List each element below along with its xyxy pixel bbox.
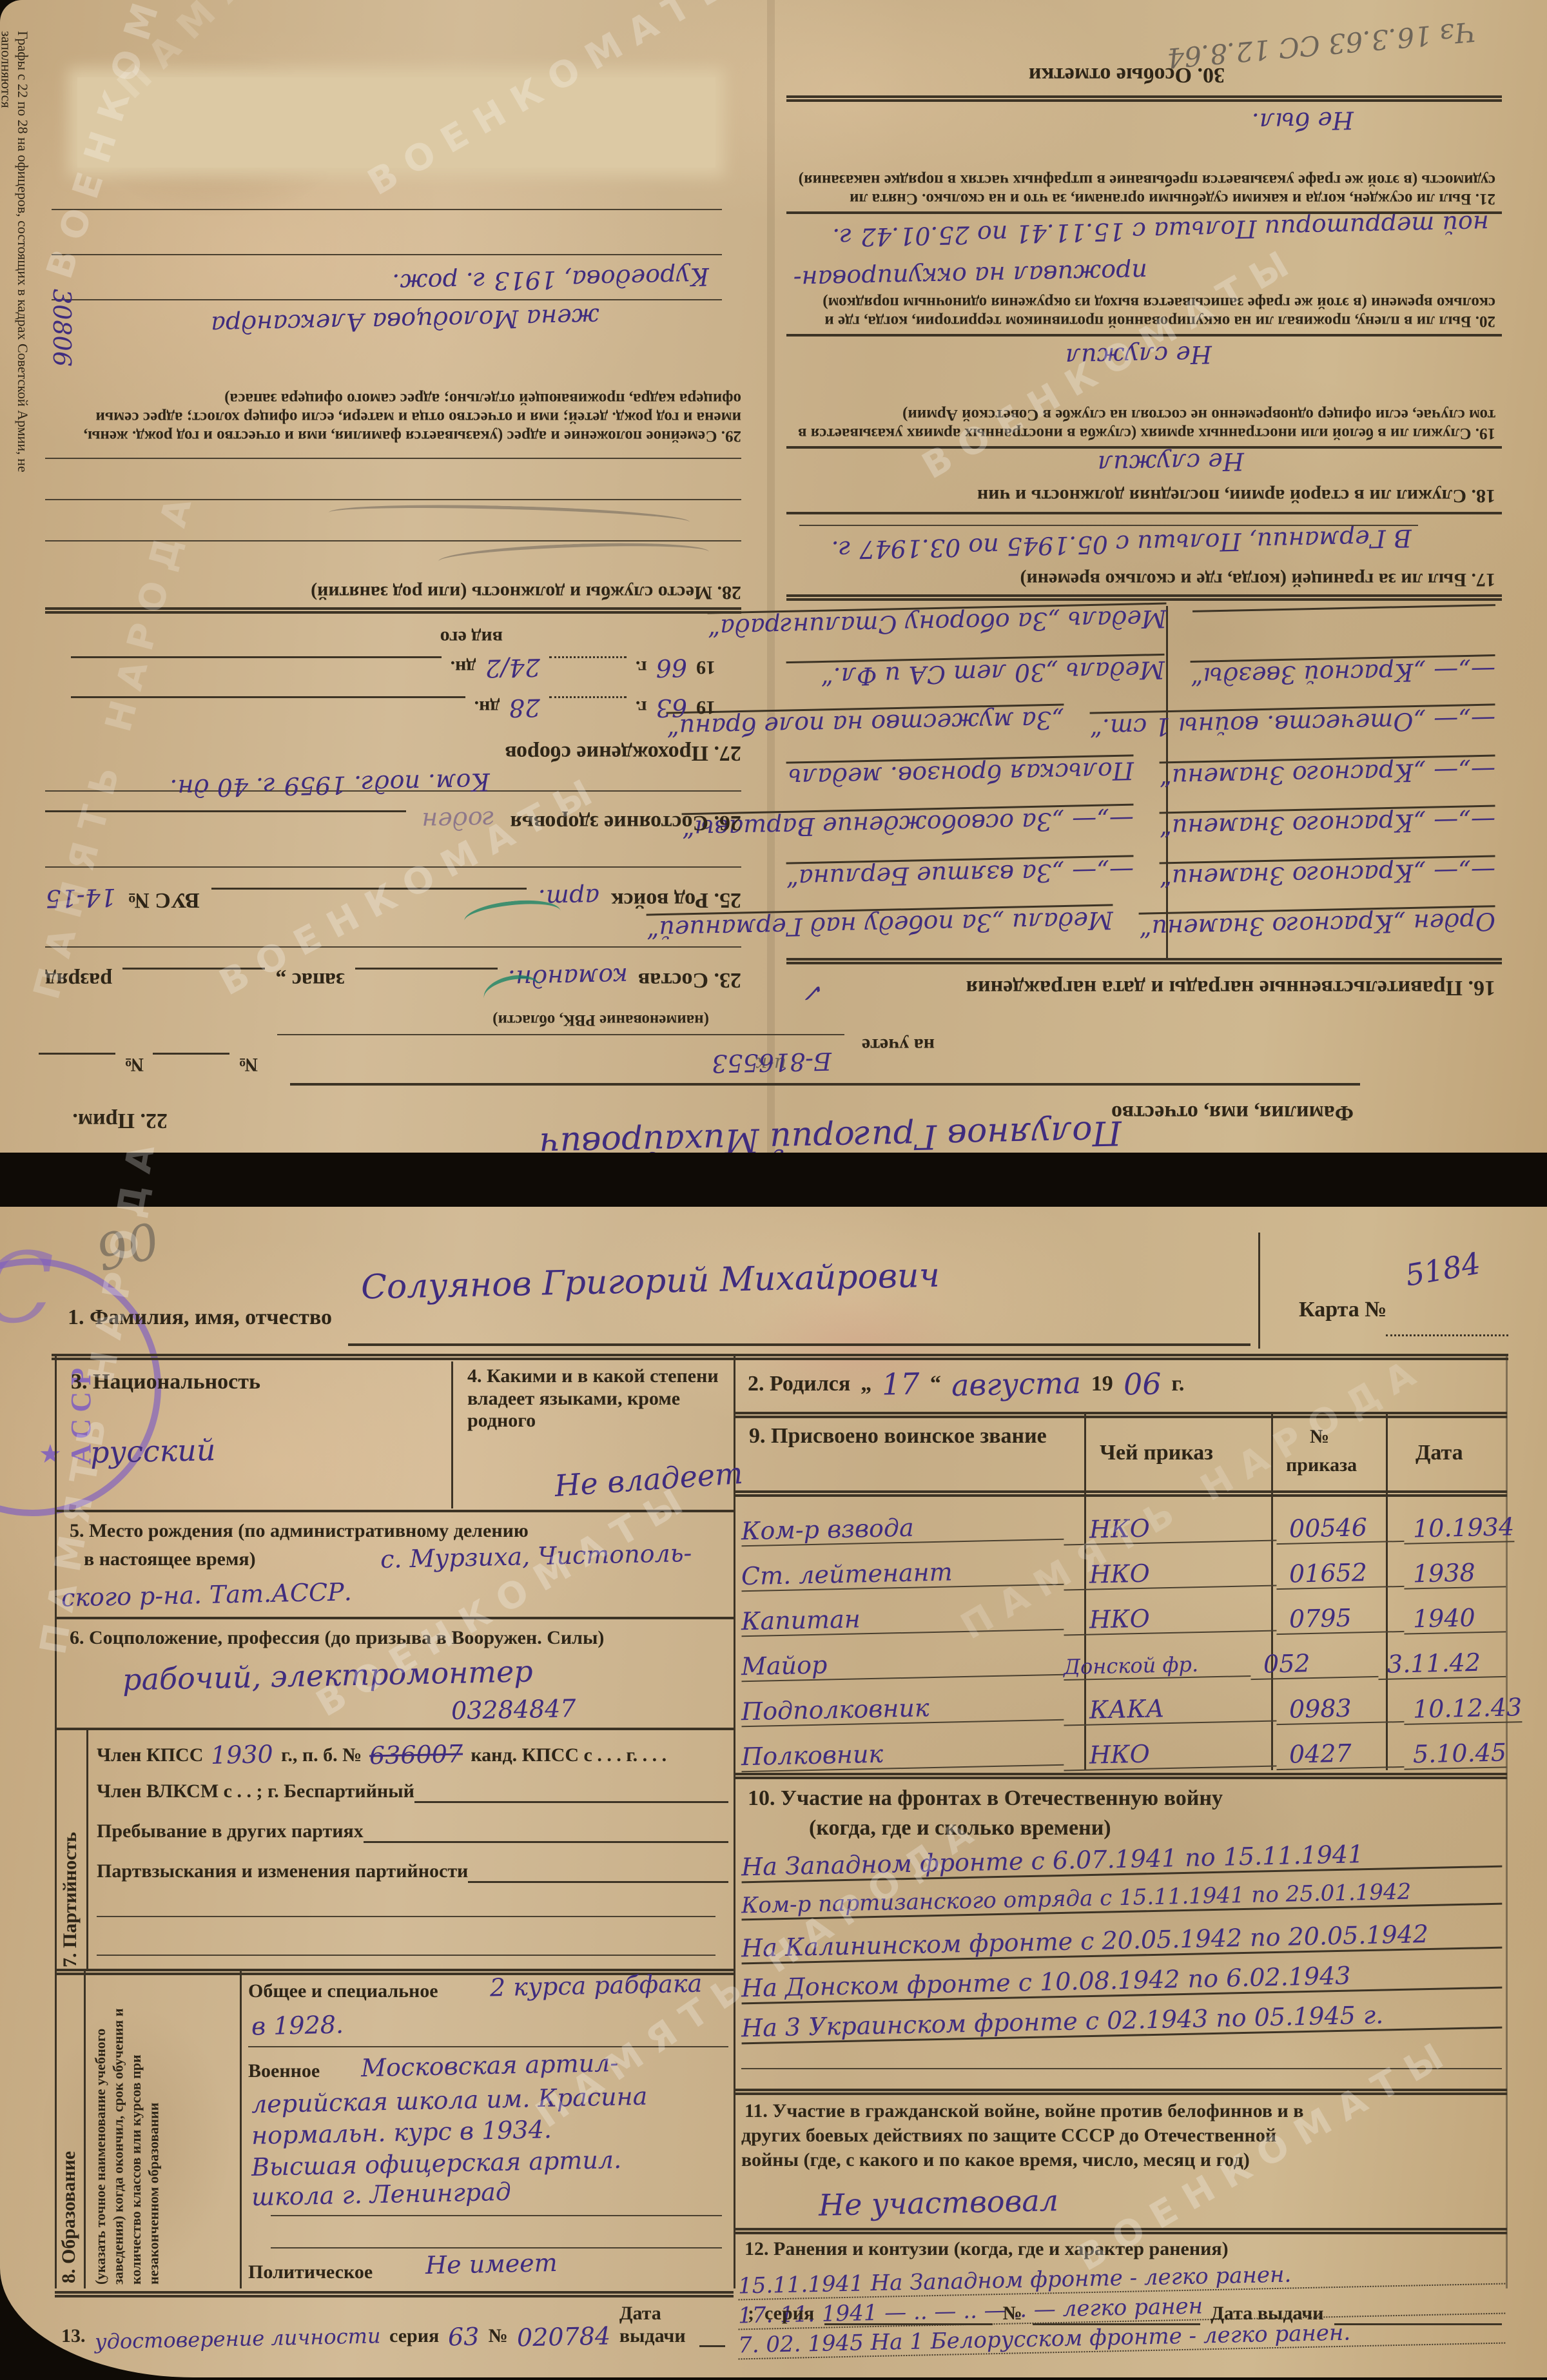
rule	[786, 446, 1502, 449]
s8-military-value-2: лерийская школа им. Красина	[251, 2082, 648, 2119]
divider	[86, 1728, 88, 1969]
year-suffix: г.	[636, 656, 647, 679]
s8-political-value: Не имеет	[425, 2248, 558, 2279]
award-entry	[1192, 604, 1495, 612]
rank-table-body: Ком-р взводаНКО0054610.1934 Ст. лейтенан…	[741, 1498, 1506, 1769]
order-number: 0795	[1276, 1603, 1405, 1635]
kpss-crossed-number: 636007	[369, 1739, 463, 1770]
rule	[786, 99, 1502, 102]
num-sign: №	[238, 1053, 258, 1076]
rank: Майор	[741, 1646, 1064, 1682]
s5-label-1: 5. Место рождения (по административному …	[70, 1520, 529, 1543]
rule	[248, 2046, 728, 2047]
separator: ;	[748, 2303, 754, 2325]
order-authority: Донской фр.	[1064, 1651, 1251, 1681]
s6-value: рабочий, электромонтер	[122, 1653, 534, 1697]
order-date: 10.1934	[1404, 1512, 1515, 1545]
date-label: Дата выдачи	[1211, 2303, 1323, 2325]
s8-military-value-3: нормальн. курс в 1934.	[251, 2115, 552, 2150]
s8-political-label: Политическое	[248, 2261, 373, 2284]
rule	[55, 1510, 734, 1512]
s23-zapas: запас „	[275, 968, 344, 993]
num-sign: №	[1003, 2303, 1022, 2325]
s8-general-value-1: 2 курса рабфака	[490, 1969, 703, 2002]
s25-vus-label: ВУС №	[128, 888, 200, 913]
s27-row-2: 19 66 г. 24/2 дн.	[71, 656, 715, 682]
rule	[45, 540, 741, 541]
stamp-star-icon: ★	[39, 1439, 62, 1469]
rule	[786, 334, 1502, 337]
s6-label: 6. Соцположение, профессия (до призыва в…	[70, 1627, 604, 1650]
blank-line	[414, 1791, 728, 1803]
rule	[55, 1728, 734, 1730]
year-value: 63	[656, 693, 687, 722]
rank: Ст. лейтенант	[741, 1556, 1064, 1592]
karta-value: 5184	[1403, 1245, 1483, 1293]
rule	[734, 1773, 1507, 1775]
order-number: 00546	[1276, 1512, 1405, 1545]
s9-col2-header: Чей приказ	[1100, 1440, 1213, 1465]
kpss-label: Член КПСС	[97, 1744, 203, 1767]
s28-label: 28. Место службы и должность (или род за…	[45, 581, 741, 604]
s18-answer: Не служил	[1097, 447, 1244, 479]
card-front: АССР ★ С 90 1. Фамилия, имя, отчество Со…	[0, 1207, 1547, 2377]
s8-side-hint: (указать точное наименование учебного за…	[92, 1975, 235, 2285]
s3-label: 3. Национальность	[71, 1369, 260, 1394]
s8-general-label: Общее и специальное	[248, 1980, 438, 2003]
blank-line	[97, 1955, 715, 1956]
dotted-line	[549, 696, 627, 708]
s27-row-1: 19 63 г. 28 дн.	[71, 696, 715, 722]
s2-month: августа	[951, 1365, 1081, 1403]
s21-answer: Не был.	[1251, 106, 1354, 136]
rvk-hint: (наименование РВК, области)	[492, 1010, 709, 1029]
s26-row: 26. Состояние здоровья годен	[45, 810, 741, 835]
s1-label: 1. Фамилия, имя, отчество	[68, 1305, 332, 1330]
s29-label: 29. Семейное положение и адрес (указывае…	[45, 389, 741, 445]
awards-list: Орден „Красного Знамени“Медали „За побед…	[786, 607, 1495, 959]
rule	[52, 254, 722, 255]
s2-year-prefix: 19	[1091, 1371, 1113, 1396]
table-row: ПолковникНКО04275.10.45	[741, 1724, 1506, 1769]
table-row: МайорДонской фр.0523.11.42	[741, 1634, 1506, 1679]
rule	[786, 962, 1502, 964]
kpss-kand: канд. КПСС с . . . г. . . .	[471, 1744, 666, 1767]
rank: Полковник	[741, 1736, 1064, 1772]
table-row: Ст. лейтенантНКО016521938	[741, 1543, 1506, 1588]
frame-right	[1506, 1354, 1508, 2288]
num-sign: №	[124, 1053, 144, 1076]
divider	[451, 1361, 453, 1508]
order-date: 1938	[1404, 1557, 1506, 1589]
rule	[786, 598, 1502, 601]
s13-number: 13.	[61, 2325, 86, 2348]
rule	[799, 525, 1418, 526]
s27-vid-label: вид его	[440, 627, 503, 649]
s8-military-label: Военное	[248, 2060, 320, 2083]
rule	[348, 1343, 1250, 1346]
s11-label-1: 11. Участие в гражданской войне, войне п…	[744, 2100, 1304, 2123]
rule	[52, 1354, 1508, 1356]
award-entry: —„— „Красного Знамени“	[1159, 805, 1495, 843]
s29-answer-2: Куроедова, 1913 г. рож.	[392, 262, 709, 297]
doc-number-value: 020784	[516, 2321, 610, 2352]
s2-row: 2. Родился „ 17 “ августа 19 06 г.	[748, 1367, 1502, 1396]
back-name-value: Полуянов Григорий Михайрович	[539, 1113, 1122, 1153]
award-entry: Польская бронзов. медаль	[786, 754, 1134, 792]
dotted-line	[549, 656, 627, 668]
reg-number: Б-816553	[712, 1047, 832, 1078]
blank-line	[1334, 2313, 1502, 2325]
s11-answer: Не участвовал	[818, 2183, 1058, 2223]
award-entry: —„— „Отечеств. войны 1 ст.“	[1089, 703, 1495, 742]
s13-hand-note: удостоверение личности	[94, 2323, 380, 2354]
s26-value: годен	[421, 806, 495, 835]
s8-general-value-2: в 1928.	[251, 2011, 344, 2041]
rule	[45, 499, 741, 500]
rule	[734, 2228, 1507, 2230]
blank-line	[364, 1831, 728, 1843]
year-prefix: 19	[696, 696, 715, 719]
rule	[734, 2089, 1507, 2091]
blank-line	[468, 1871, 728, 1883]
award-entry: —„— „За взятие Берлина“	[786, 855, 1134, 892]
rule	[734, 1412, 1507, 1414]
rule	[55, 1617, 734, 1619]
s12-label: 12. Ранения и контузии (когда, где и хар…	[744, 2238, 1229, 2261]
rule	[45, 611, 741, 614]
s7-line-4: Партвзыскания и изменения партийности	[97, 1860, 728, 1883]
order-number: 052	[1250, 1648, 1379, 1680]
s4-label: 4. Какими и в какой степени владеет язык…	[467, 1365, 725, 1432]
s13-row-right: ; серия № Дата выдачи	[748, 2303, 1502, 2325]
s26-label: 26. Состояние здоровья	[511, 810, 741, 835]
quote: “	[930, 1371, 941, 1396]
blank-line	[153, 1053, 229, 1066]
award-entry: —„— „Красного Знамени“	[1159, 855, 1495, 893]
card-back-rotated-content: Фамилия, имя, отчество Полуянов Григорий…	[0, 0, 1547, 1153]
rule	[55, 2291, 734, 2294]
dotted-line	[1386, 1333, 1508, 1336]
kpss-year: 1930	[211, 1740, 274, 1770]
rank: Подполковник	[741, 1691, 1064, 1727]
card-back: Фамилия, имя, отчество Полуянов Григорий…	[0, 0, 1547, 1153]
karta-label: Карта №	[1299, 1297, 1386, 1322]
s2-year: 06	[1123, 1366, 1162, 1401]
s6-extra: 03284847	[451, 1694, 576, 1725]
s27-label: 27. Прохождение сборов	[505, 741, 741, 766]
s9-col3-header-a: №	[1310, 1426, 1329, 1448]
order-authority: НКО	[1064, 1602, 1277, 1636]
redacted-area	[77, 77, 715, 168]
order-date: 3.11.42	[1378, 1648, 1506, 1680]
award-entry: „За мужество на поле брани“	[666, 704, 1064, 743]
divider	[84, 1969, 86, 2288]
s19-label: 19. Служил ли в белой или иностранных ар…	[786, 405, 1495, 443]
blank-line	[824, 2313, 992, 2325]
s29-answer-1: жена Молодцова Александра	[211, 303, 600, 340]
frame-center	[734, 1354, 735, 2288]
date-label: Дата выдачи	[619, 2303, 690, 2347]
blank-line	[741, 2068, 1502, 2069]
rule	[45, 458, 741, 459]
rule	[734, 1490, 1507, 1493]
days-value: 24/2	[485, 653, 540, 683]
s17-answer: В Германии, Польши с 05.1945 по 03.1947 …	[831, 524, 1412, 565]
award-entry: —„— „За освобождение Варшавы“	[681, 804, 1134, 844]
rule	[45, 946, 741, 948]
on-record-label: на учете	[862, 1034, 935, 1057]
quote: „	[861, 1371, 871, 1396]
seriya-label: серия	[389, 2325, 439, 2348]
edge-scribble: С	[0, 1232, 56, 1345]
blank-line	[1033, 2313, 1200, 2325]
s17-label: 17. Был ли за границей (когда, где и ско…	[786, 569, 1495, 591]
num-sign: №	[489, 2325, 508, 2348]
purple-number-vertical: 30806	[48, 289, 76, 431]
blank-line	[122, 968, 265, 980]
order-number: 0983	[1276, 1693, 1405, 1725]
year-value: 66	[656, 653, 687, 682]
s2-label: 2. Родился	[748, 1371, 850, 1396]
s7-line-1: Член КПСС 1930 г., п. б. № 636007 канд. …	[97, 1741, 728, 1766]
seriya-value: 63	[448, 2322, 480, 2351]
s7-side-label: 7. Партийность	[59, 1735, 82, 1967]
pencil-scribble	[438, 540, 709, 574]
s8-side-label: 8. Образование	[58, 1980, 81, 2283]
s5-value-1: с. Мурзиха, Чистополь-	[380, 1539, 692, 1574]
awards-title: 16. Правительственные награды и дата наг…	[786, 975, 1495, 1000]
prim-number-row: № №	[39, 1053, 258, 1076]
s20-answer-1: проживал на оккупирован-	[793, 258, 1147, 293]
pencil-scribble	[329, 502, 690, 534]
rule	[277, 1034, 844, 1035]
blank-line	[45, 810, 406, 823]
corner-pencil-note: 90	[91, 1212, 165, 1283]
s9-col4-header: Дата	[1416, 1440, 1463, 1465]
order-authority: НКО	[1064, 1557, 1277, 1591]
scanned-military-record: { "colors": { "paper": "#cdb58e", "print…	[0, 0, 1547, 2380]
fold-shadow	[767, 0, 775, 1153]
s13-row: 13. удостоверение личности серия 63 № 02…	[61, 2303, 725, 2347]
s2-year-suffix: г.	[1171, 1371, 1184, 1396]
s2-day: 17	[882, 1366, 920, 1401]
s23-row: 23. Состав командн. запас „ разряд	[45, 968, 741, 993]
s7-line-3: Пребывание в других партиях	[97, 1820, 728, 1843]
s20-answer-2: ной территории Польша с 15.11.41 по 25.0…	[832, 210, 1489, 251]
s25-vus-value: 14-15	[45, 883, 116, 913]
s9-col1-header: 9. Присвоено воинское звание	[749, 1423, 1058, 1448]
s30-pencil-note: Чз 16.3.63 СС 12.8.64	[1165, 15, 1477, 74]
rank: Капитан	[741, 1601, 1064, 1637]
rule	[52, 209, 722, 210]
order-date: 1940	[1404, 1603, 1506, 1634]
days-suffix: дн.	[451, 656, 476, 679]
order-authority: НКО	[1064, 1737, 1277, 1771]
blank-line	[71, 696, 465, 708]
blank-line	[355, 968, 498, 980]
order-authority: НКО	[1064, 1512, 1277, 1546]
year-suffix: г.	[636, 696, 647, 719]
order-date: 5.10.45	[1404, 1738, 1507, 1770]
s4-value: Не владеет	[553, 1456, 744, 1503]
days-value: 28	[509, 693, 540, 722]
kpss-mid: г., п. б. №	[281, 1744, 362, 1767]
s27-value: Ком. подг. 1959 г. 40 дн.	[170, 768, 490, 803]
s23-label: 23. Состав	[638, 968, 741, 993]
s1-value: Солуянов Григорий Михайрович	[360, 1256, 940, 1307]
s20-label: 20. Был ли в плену, проживал ли на оккуп…	[786, 293, 1495, 331]
front-entry: На Западном фронте с 6.07.1941 по 15.11.…	[741, 1837, 1503, 1884]
front-entry: На Донском фронте с 10.08.1942 по 6.02.1…	[741, 1958, 1503, 2005]
year-prefix: 19	[696, 656, 715, 679]
order-number: 0427	[1276, 1738, 1405, 1770]
front-entry: На Калининском фронте с 20.05.1942 по 20…	[741, 1918, 1503, 1965]
s21-label: 21. Был ли осужден, когда и какими судеб…	[786, 171, 1495, 208]
blank-line	[39, 1053, 115, 1066]
order-authority: КАКА	[1064, 1692, 1277, 1726]
s23-razryad: разряд	[45, 968, 112, 993]
s8-military-value-4: Высшая офицерская артил.	[251, 2145, 622, 2181]
blank-line	[271, 2215, 722, 2216]
seriya-label: серия	[764, 2303, 814, 2325]
front-entry: На 3 Украинском фронте с 02.1943 по 05.1…	[741, 1998, 1503, 2045]
award-entry: Медаль „30 лет СА и Фл.“	[786, 654, 1165, 692]
rule	[52, 299, 722, 300]
s8-military-value-5: школа г. Ленинград	[251, 2178, 512, 2211]
order-number: 01652	[1276, 1557, 1405, 1590]
s10-label-1: 10. Участие на фронтах в Отечественную в…	[748, 1786, 1223, 1811]
rule	[290, 1083, 1360, 1086]
blank-line	[211, 888, 527, 900]
s18-label: 18. Служил ли в старой армии, последняя …	[786, 485, 1495, 507]
days-suffix: дн.	[474, 696, 500, 719]
awards-check: ✓	[804, 979, 826, 1008]
divider	[240, 1969, 242, 2288]
blank-line	[271, 2247, 722, 2248]
front-entry: Ком-р партизанского отряда с 15.11.1941 …	[741, 1877, 1503, 1921]
s11-label-3: войны (где, с какого и по какое время, ч…	[741, 2149, 1250, 2172]
prim-label: 22. Прим.	[72, 1108, 168, 1133]
vlksm-label: Член ВЛКСМ с . . ; г. Беспартийный	[97, 1780, 414, 1803]
s7-line-2: Член ВЛКСМ с . . ; г. Беспартийный	[97, 1780, 728, 1803]
rule	[786, 512, 1502, 514]
other-parties-label: Пребывание в других партиях	[97, 1820, 364, 1843]
s25-row: 25. Род войск арт. ВУС № 14-15	[45, 888, 741, 913]
award-entry: —„— „Красного Знамени“	[1159, 755, 1495, 792]
blank-line	[97, 1916, 715, 1917]
table-row: ПодполковникКАКА098310.12.43	[741, 1679, 1506, 1724]
back-name-label: Фамилия, имя, отчество	[1111, 1100, 1354, 1126]
award-entry: Медаль „За оборону Сталинграда“	[707, 603, 1167, 643]
award-entry: —„— „Красной Звезды“	[1190, 654, 1495, 691]
divider	[1258, 1233, 1260, 1349]
s9-col3-header-b: приказа	[1286, 1454, 1357, 1477]
s8-military-value-1: Московская артил-	[361, 2049, 619, 2082]
edge-note: Графы с 22 по 28 на офицеров, состоящих …	[0, 31, 31, 547]
rule	[45, 866, 741, 868]
s10-label-2: (когда, где и сколько времени)	[809, 1815, 1111, 1840]
award-entry: Орден „Красного Знамени“	[1139, 905, 1496, 943]
table-row: КапитанНКО07951940	[741, 1588, 1506, 1634]
rank: Ком-р взвода	[741, 1510, 1064, 1546]
rule	[786, 211, 1502, 214]
table-row: Ком-р взводаНКО0054610.1934	[741, 1498, 1506, 1543]
frame-left	[55, 1354, 57, 2288]
blank-line	[71, 656, 442, 668]
s19-answer: Не служил	[1065, 340, 1212, 372]
s5-value-2: ского р-на. Тат.АССР.	[61, 1577, 353, 1612]
s5-label-2: в настоящее время)	[84, 1548, 256, 1571]
s3-value: русский	[90, 1432, 215, 1470]
s11-label-2: других боевых действиях по защите СССР д…	[741, 2125, 1276, 2147]
blank-line	[699, 2335, 725, 2347]
order-date: 10.12.43	[1404, 1693, 1523, 1725]
s25-label: 25. Род войск	[611, 888, 741, 913]
party-penalties-label: Партвзыскания и изменения партийности	[97, 1860, 468, 1883]
